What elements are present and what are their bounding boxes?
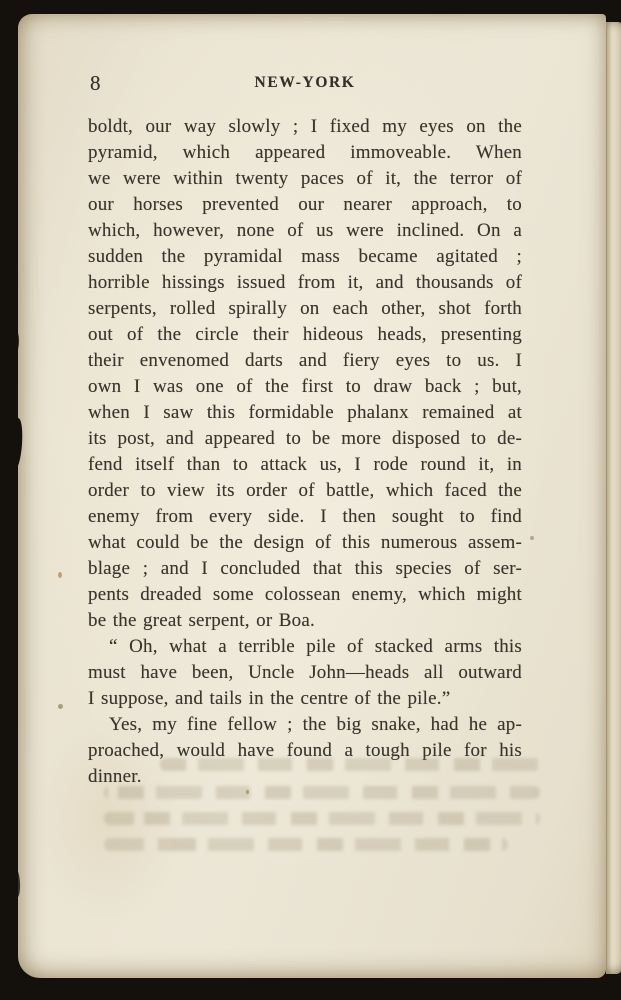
bleed-through-line [104,838,508,851]
text-line: sudden the pyramidal mass became agitate… [88,244,522,270]
text-line: out of the circle their hideous heads, p… [88,322,522,348]
text-line: enemy from every side. I then sought to … [88,504,522,530]
text-line: serpents, rolled spirally on each other,… [88,296,522,322]
text-line: fend itself than to attack us, I rode ro… [88,452,522,478]
bleed-through-line [104,812,540,825]
text-line: what could be the design of this numerou… [88,530,522,556]
page-head-row: 8 NEW-YORK [88,71,522,97]
book-fore-edge-pages [606,22,621,974]
text-line: Yes, my fine fellow ; the big snake, had… [88,712,522,738]
text-line: their envenomed darts and fiery eyes to … [88,348,522,374]
text-line: our horses prevented our nearer approach… [88,192,522,218]
paper-speck [530,536,534,540]
body-text: boldt, our way slowly ; I fixed my eyes … [88,114,522,790]
text-line: boldt, our way slowly ; I fixed my eyes … [88,114,522,140]
text-line: blage ; and I concluded that this specie… [88,556,522,582]
paper-speck [58,572,62,578]
running-header: NEW-YORK [88,74,522,92]
text-line: we were within twenty paces of it, the t… [88,166,522,192]
paper-speck [58,704,63,709]
text-line: order to view its order of battle, which… [88,478,522,504]
book-page: 8 NEW-YORK boldt, our way slowly ; I fix… [18,14,606,978]
text-line: its post, and appeared to be more dispos… [88,426,522,452]
deckle-edge-nick [13,330,19,352]
text-line: I suppose, and tails in the centre of th… [88,686,522,712]
text-line: own I was one of the first to draw back … [88,374,522,400]
text-line: when I saw this formidable phalanx remai… [88,400,522,426]
text-line: pyramid, which appeared immoveable. When [88,140,522,166]
bleed-through-line [160,758,540,771]
paper-speck [246,790,249,794]
text-line: which, however, none of us were inclined… [88,218,522,244]
text-line: be the great serpent, or Boa. [88,608,522,634]
text-line: pents dreaded some colossean enemy, whic… [88,582,522,608]
text-line: “ Oh, what a terrible pile of stacked ar… [88,634,522,660]
text-line: horrible hissings issued from it, and th… [88,270,522,296]
text-line: must have been, Uncle John—heads all out… [88,660,522,686]
scanned-book-photo: { "colors": { "background": "#14110d", "… [0,0,621,1000]
bleed-through-line [104,786,540,799]
